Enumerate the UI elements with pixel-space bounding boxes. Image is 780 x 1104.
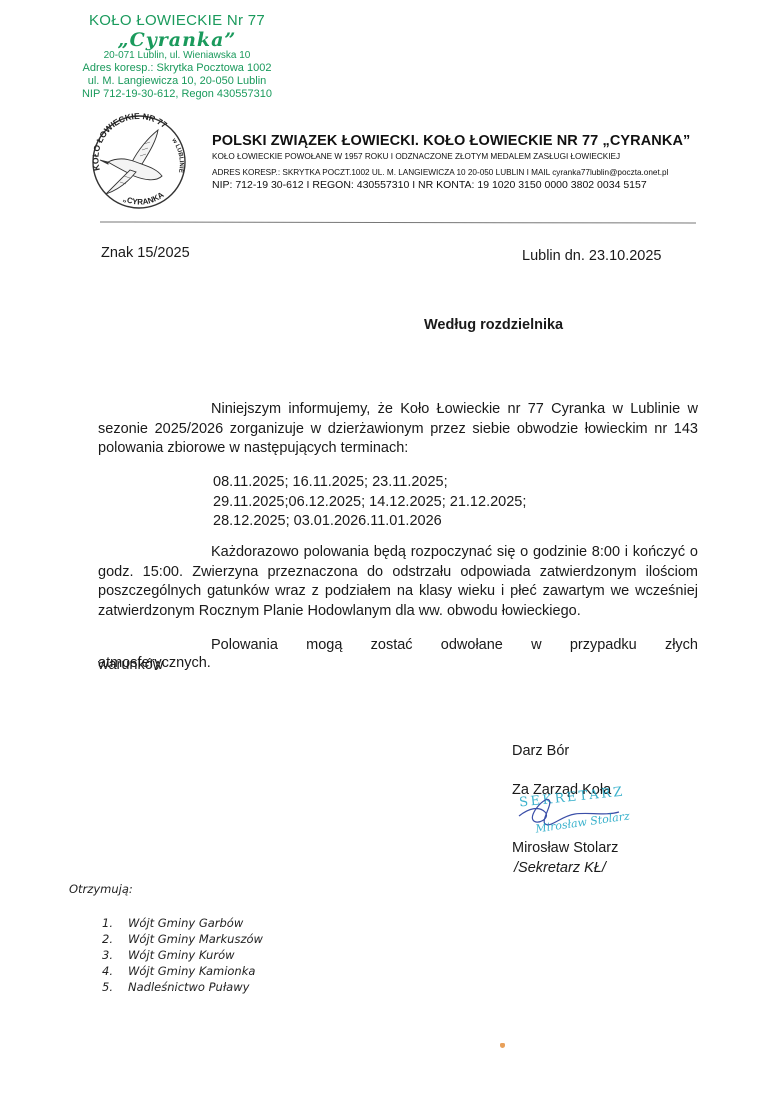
- item-number: 4.: [102, 963, 128, 979]
- paragraph-schedule: Każdorazowo polowania będą rozpoczynać s…: [98, 543, 698, 621]
- header-divider: [100, 221, 696, 223]
- stamp-address: 20-071 Lublin, ul. Wieniawska 10: [72, 50, 282, 62]
- svg-text:w LUBLINIE: w LUBLINIE: [170, 137, 184, 173]
- reference-number: Znak 15/2025: [101, 245, 190, 261]
- item-number: 2.: [102, 931, 128, 947]
- signatory-role: /Sekretarz KŁ/: [514, 860, 606, 876]
- club-logo: KOŁO ŁOWIECKIE NR 77 w LUBLINIE „CYRANKA…: [86, 110, 192, 214]
- list-item: 2.Wójt Gminy Markuszów: [102, 931, 263, 947]
- signatory-name: Mirosław Stolarz: [512, 840, 618, 856]
- item-number: 1.: [102, 915, 128, 931]
- greeting: Darz Bór: [512, 743, 569, 759]
- item-name: Wójt Gminy Garbów: [128, 915, 243, 931]
- list-item: 4.Wójt Gminy Kamionka: [102, 963, 263, 979]
- dates-line: 28.12.2025; 03.01.2026.11.01.2026: [213, 512, 526, 532]
- logo-ring-right: w LUBLINIE: [170, 137, 184, 173]
- item-name: Wójt Gminy Kurów: [128, 947, 235, 963]
- letterhead-ids: NIP: 712-19 30-612 I REGON: 430557310 I …: [212, 179, 702, 192]
- item-number: 5.: [102, 979, 128, 995]
- letterhead: POLSKI ZWIĄZEK ŁOWIECKI. KOŁO ŁOWIECKIE …: [212, 132, 702, 192]
- paragraph-cancellation-end: atmosferycznych.: [98, 655, 211, 671]
- stamp-name: Mirosław Stolarz: [535, 809, 631, 835]
- dates-line: 29.11.2025;06.12.2025; 14.12.2025; 21.12…: [213, 493, 526, 513]
- stamp-street: ul. M. Langiewicza 10, 20-050 Lublin: [72, 75, 282, 88]
- flying-duck-emblem-icon: KOŁO ŁOWIECKIE NR 77 w LUBLINIE „CYRANKA…: [86, 110, 192, 214]
- stamp-tax-ids: NIP 712-19-30-612, Regon 430557310: [72, 88, 282, 101]
- item-number: 3.: [102, 947, 128, 963]
- scan-speck: [500, 1043, 505, 1048]
- list-item: 3.Wójt Gminy Kurów: [102, 947, 263, 963]
- item-name: Wójt Gminy Kamionka: [128, 963, 255, 979]
- on-behalf-label: Za Zarząd Koła: [512, 782, 611, 798]
- letterhead-subtitle: KOŁO ŁOWIECKIE POWOŁANE W 1957 ROKU I OD…: [212, 150, 702, 164]
- stamp-mail-address: Adres koresp.: Skrytka Pocztowa 1002: [72, 62, 282, 75]
- item-name: Wójt Gminy Markuszów: [128, 931, 263, 947]
- addressee: Według rozdzielnika: [424, 317, 563, 333]
- club-stamp: KOŁO ŁOWIECKIE Nr 77 „Cyranka” 20-071 Lu…: [72, 12, 282, 101]
- letterhead-address: ADRES KORESP.: SKRYTKA POCZT.1002 UL. M.…: [212, 167, 702, 179]
- item-name: Nadleśnictwo Puławy: [128, 979, 249, 995]
- letterhead-title: POLSKI ZWIĄZEK ŁOWIECKI. KOŁO ŁOWIECKIE …: [212, 132, 702, 150]
- list-item: 5.Nadleśnictwo Puławy: [102, 979, 263, 995]
- stamp-club-name: KOŁO ŁOWIECKIE Nr 77: [72, 12, 282, 30]
- paragraph-intro-text: Niniejszym informujemy, że Koło Łowiecki…: [98, 401, 698, 456]
- place-and-date: Lublin dn. 23.10.2025: [522, 248, 662, 264]
- recipients-list: 1.Wójt Gminy Garbów 2.Wójt Gminy Markusz…: [102, 915, 263, 995]
- recipients-label: Otrzymują:: [69, 882, 133, 896]
- paragraph-intro: Niniejszym informujemy, że Koło Łowiecki…: [98, 400, 698, 459]
- paragraph-schedule-text: Każdorazowo polowania będą rozpoczynać s…: [98, 544, 698, 619]
- dates-line: 08.11.2025; 16.11.2025; 23.11.2025;: [213, 473, 526, 493]
- hunt-dates: 08.11.2025; 16.11.2025; 23.11.2025; 29.1…: [213, 473, 526, 532]
- stamp-club-nickname: „Cyranka”: [72, 30, 282, 50]
- list-item: 1.Wójt Gminy Garbów: [102, 915, 263, 931]
